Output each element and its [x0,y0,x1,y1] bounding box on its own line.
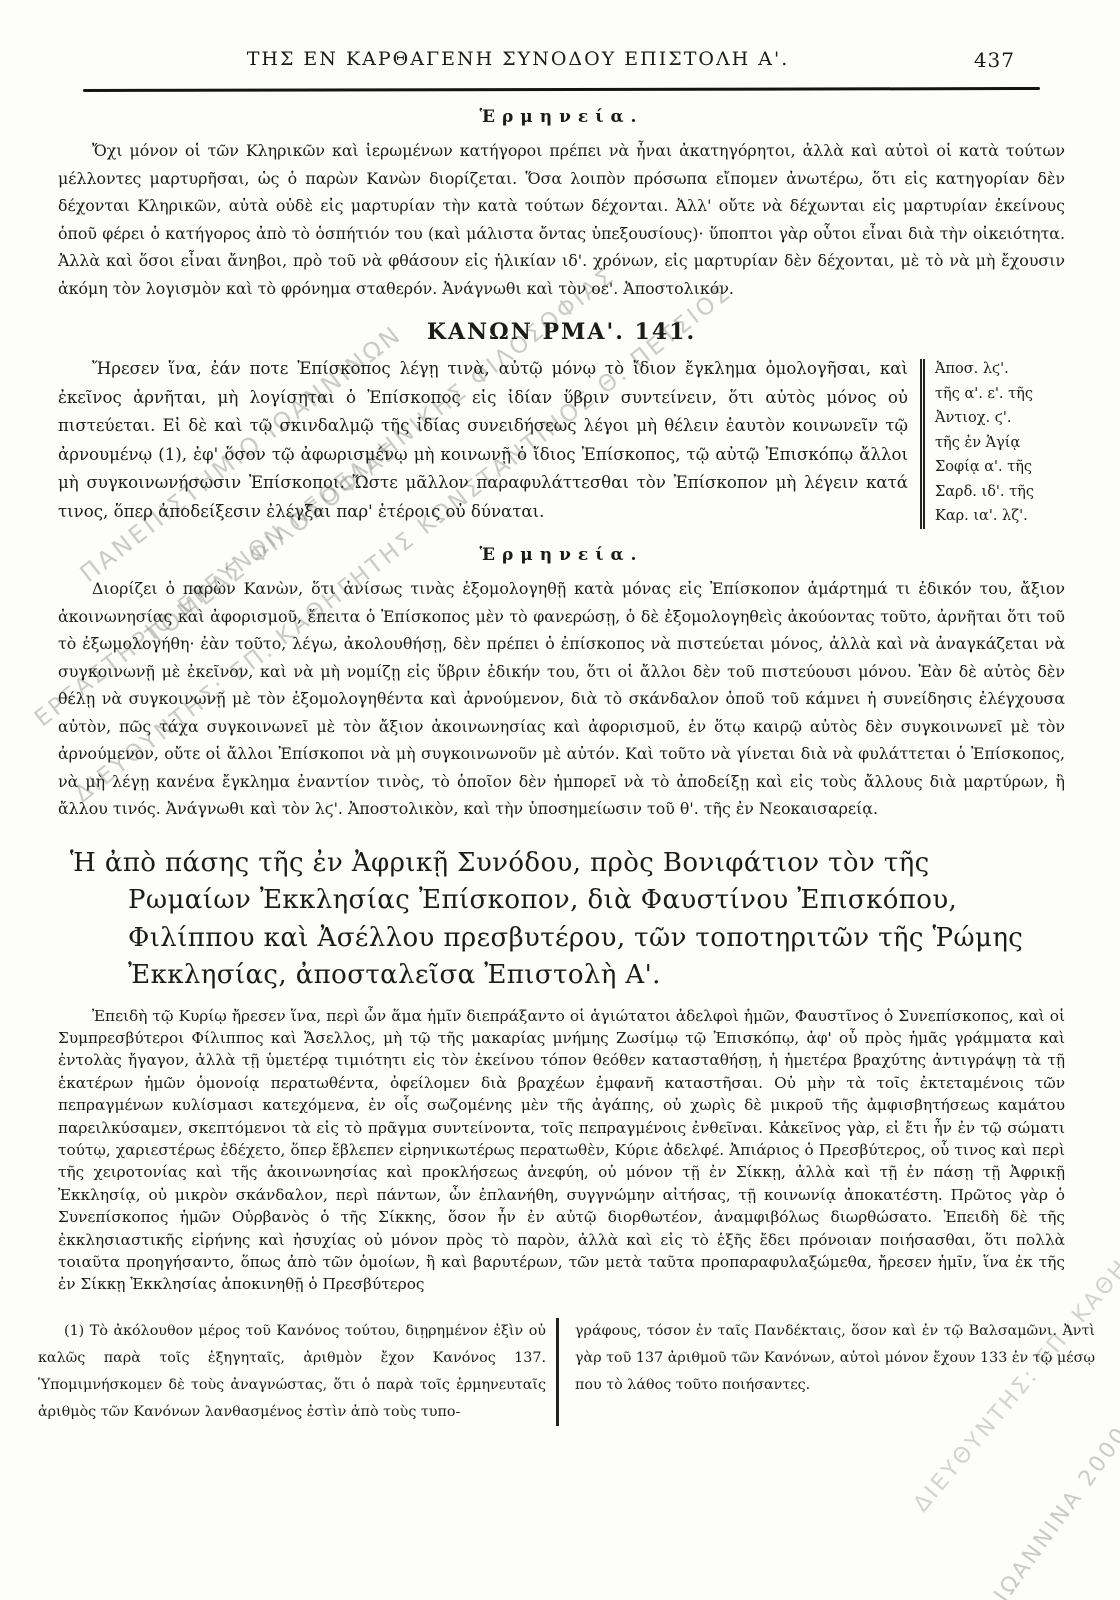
hermeneia-paragraph-1: Ὄχι μόνον οἱ τῶν Κληρικῶν καὶ ἱερωμένων … [58,137,1065,302]
watermark-year-line: ΙΩΑΝΝΙΝΑ 2000 [990,1421,1120,1600]
hermeneia-paragraph-2: Διορίζει ὁ παρὼν Κανὼν, ὅτι ἀνίσως τινὰς… [58,575,1065,823]
canon-heading: ΚΑΝΩΝ ΡΜΑ'. 141. [58,319,1065,345]
header-rule [83,87,1040,92]
canon-text: Ἤρεσεν ἵνα, ἐάν ποτε Ἐπίσκοπος λέγῃ τινὰ… [58,355,908,527]
margin-ref-line: τῆς α'. ε'. τῆς [935,382,1065,407]
hermeneia-heading-2: Ἑρμηνεία. [58,545,1065,565]
canon-margin-references: Ἀποσ. λϛ'. τῆς α'. ε'. τῆς Ἀντιοχ. ϛ'. τ… [935,355,1065,529]
running-head: ΤΗΣ ΕΝ ΚΑΡΘΑΓΕΝΗ ΣΥΝΟΔΟΥ ΕΠΙΣΤΟΛΗ Α'. 43… [58,48,1065,82]
margin-ref-line: Σοφίᾳ α'. τῆς [935,455,1065,480]
canon-margin-rule [920,359,925,529]
letter-title: Ἡ ἀπὸ πάσης τῆς ἐν Ἀφρικῇ Συνόδου, πρὸς … [70,845,1030,995]
footnote-left-column: (1) Τὸ ἀκόλουθον μέρος τοῦ Κανόνος τούτο… [38,1318,546,1426]
page-content: ΤΗΣ ΕΝ ΚΑΡΘΑΓΕΝΗ ΣΥΝΟΔΟΥ ΕΠΙΣΤΟΛΗ Α'. 43… [0,0,1120,1426]
margin-ref-line: Σαρδ. ιδ'. τῆς [935,480,1065,505]
margin-ref-line: τῆς ἐν Ἁγίᾳ [935,431,1065,456]
letter-paragraph: Ἐπειδὴ τῷ Κυρίῳ ἤρεσεν ἵνα, περὶ ὧν ἅμα … [58,1005,1065,1296]
canon-block: Ἤρεσεν ἵνα, ἐάν ποτε Ἐπίσκοπος λέγῃ τινὰ… [58,355,1065,529]
margin-ref-line: Ἀποσ. λϛ'. [935,357,1065,382]
footnotes: (1) Τὸ ἀκόλουθον μέρος τοῦ Κανόνος τούτο… [38,1318,1065,1426]
running-title: ΤΗΣ ΕΝ ΚΑΡΘΑΓΕΝΗ ΣΥΝΟΔΟΥ ΕΠΙΣΤΟΛΗ Α'. [88,48,948,70]
footnote-right-column: γράφους, τόσον ἐν ταῖς Πανδέκταις, ὅσον … [556,1318,1095,1426]
page-number: 437 [974,48,1015,72]
margin-ref-line: Ἀντιοχ. ϛ'. [935,406,1065,431]
margin-ref-line: Καρ. ια'. λζ'. [935,504,1065,529]
hermeneia-heading-1: Ἑρμηνεία. [58,107,1065,127]
scanned-book-page: ΠΑΝΕΠΙΣΤΗΜΙΟ ΙΩΑΝΝΙΝΩΝ ΤΟΜΕΑΣ ΦΙΛΟΣΟΦΙΑΣ… [0,0,1120,1600]
